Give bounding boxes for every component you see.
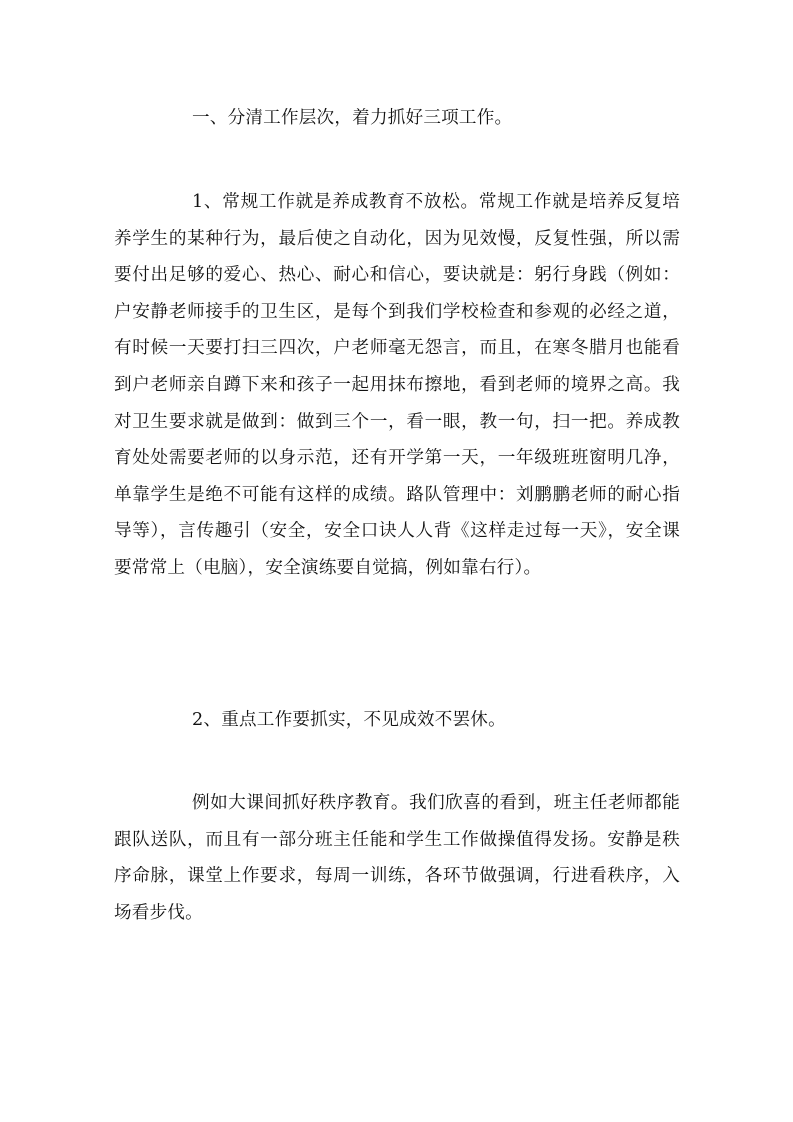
section-heading-1: 一、分清工作层次，着力抓好三项工作。 <box>114 100 680 137</box>
paragraph-order-education: 例如大课间抓好秩序教育。我们欣喜的看到，班主任老师都能跟队送队，而且有一部分班主… <box>114 785 680 931</box>
section-heading-2: 2、重点工作要抓实，不见成效不罢休。 <box>114 702 680 739</box>
paragraph-routine-work: 1、常规工作就是养成教育不放松。常规工作就是培养反复培养学生的某种行为，最后使之… <box>114 184 680 587</box>
